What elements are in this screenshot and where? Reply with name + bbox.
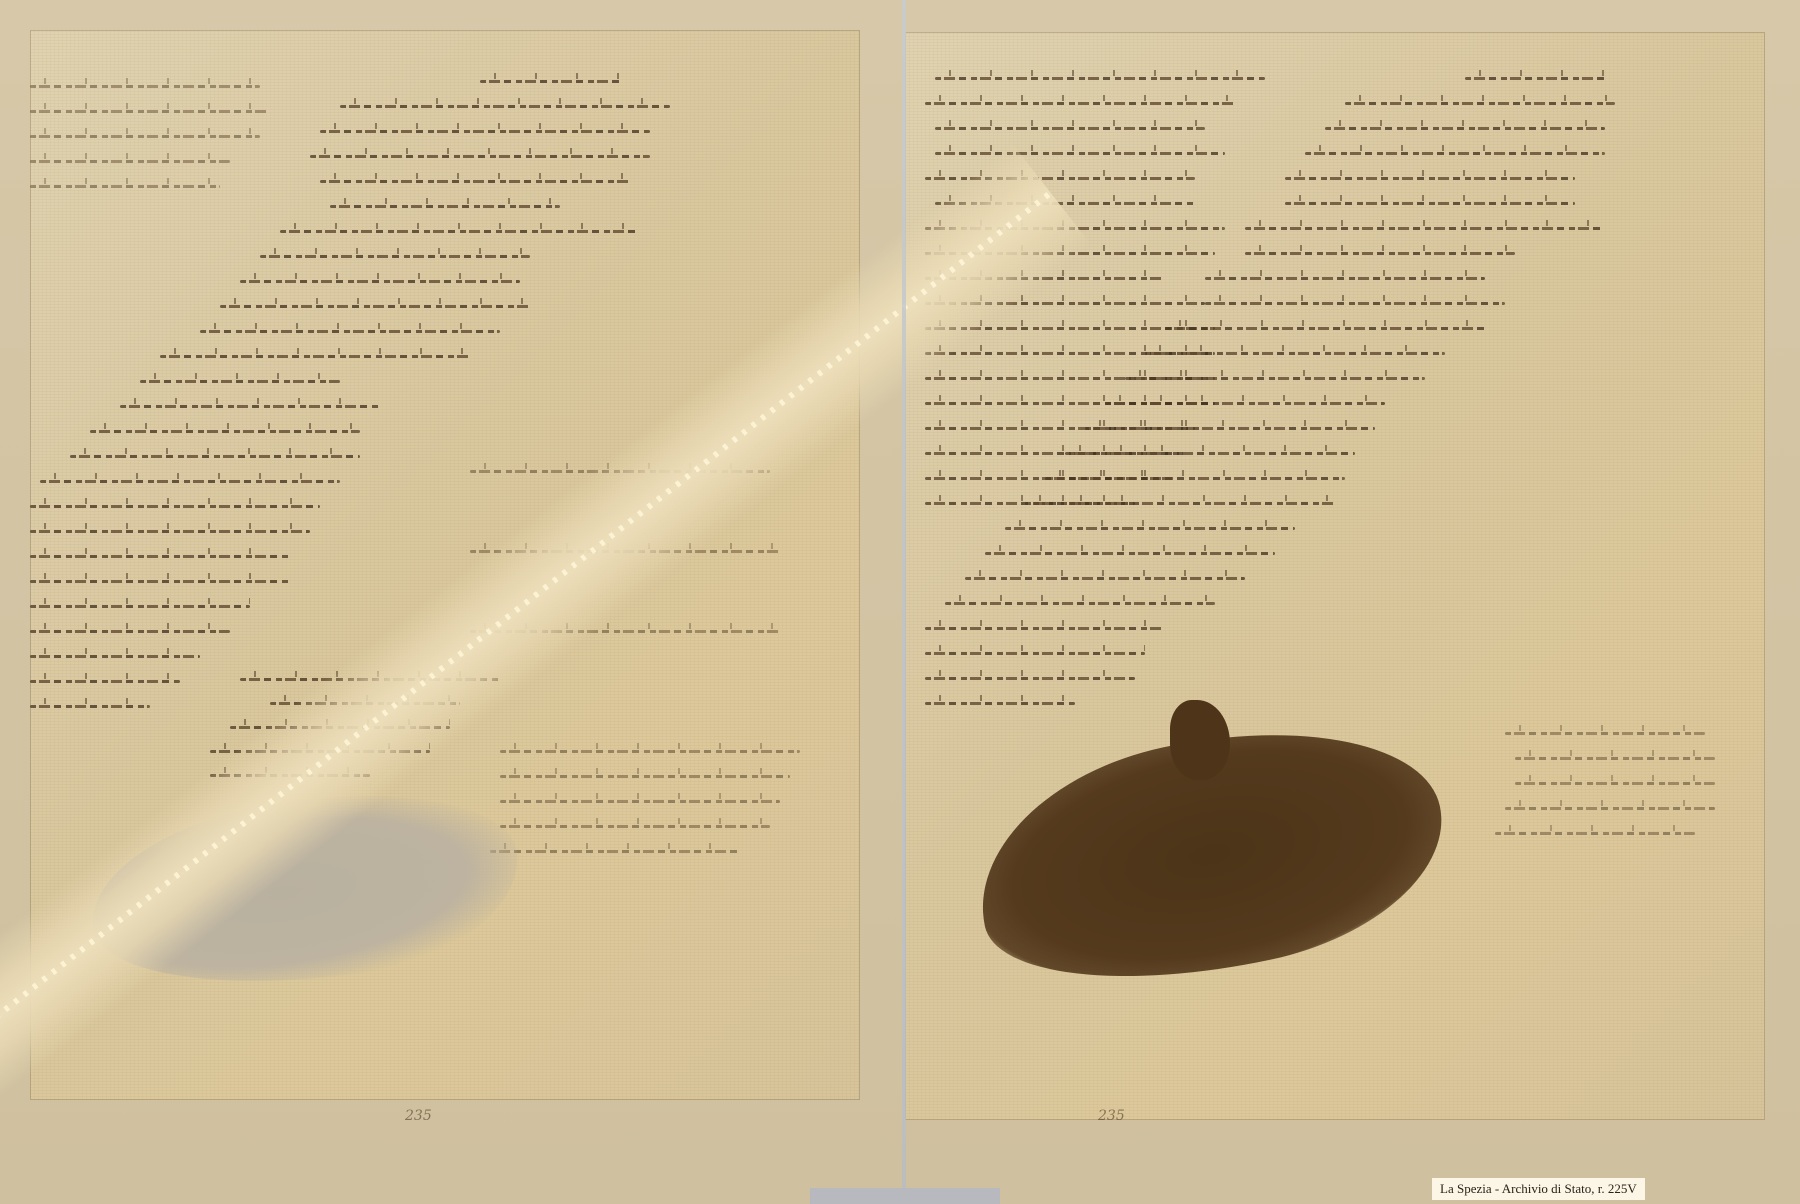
page-number-left: 235 — [405, 1108, 432, 1124]
bottom-gray-bar — [810, 1188, 1000, 1204]
image-caption: La Spezia - Archivio di Stato, r. 225V — [1432, 1178, 1645, 1200]
center-divider — [902, 0, 906, 1204]
page-number-right: 235 — [1098, 1108, 1125, 1124]
